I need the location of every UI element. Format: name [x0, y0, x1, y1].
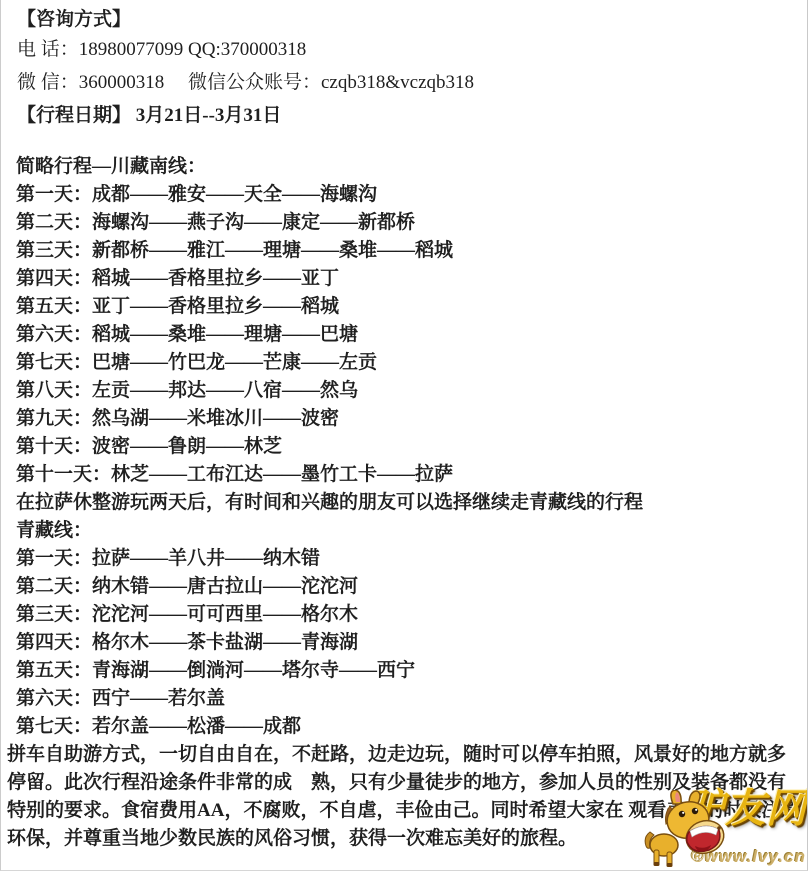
itinerary-section: 简略行程—川藏南线： 第一天：成都——雅安——天全——海螺沟第二天：海螺沟——燕…	[1, 153, 807, 741]
itinerary-day-line: 第六天：西宁——若尔盖	[16, 685, 807, 713]
south-route-day-list: 第一天：成都——雅安——天全——海螺沟第二天：海螺沟——燕子沟——康定——新都桥…	[16, 181, 807, 489]
description-line: 特别的要求。食宿费用AA，不腐败，不自虐，丰俭由己。同时希望大家在 观看美景的时…	[7, 797, 807, 825]
itinerary-day-line: 第二天：海螺沟——燕子沟——康定——新都桥	[16, 209, 807, 237]
itinerary-day-line: 第三天：新都桥——雅江——理塘——桑堆——稻城	[16, 237, 807, 265]
phone-line: 电 话：18980077099 QQ:370000318	[17, 33, 807, 66]
description-line: 环保，并尊重当地少数民族的风俗习惯，获得一次难忘美好的旅程。	[7, 825, 807, 853]
itinerary-day-line: 第九天：然乌湖——米堆冰川——波密	[16, 405, 807, 433]
description-line-list: 拼车自助游方式，一切自由自在，不赶路，边走边玩，随时可以停车拍照，风景好的地方就…	[7, 741, 807, 853]
contact-section-title: 【咨询方式】	[17, 6, 807, 33]
itinerary-day-line: 第五天：亚丁——香格里拉乡——稻城	[16, 293, 807, 321]
trip-date-line: 【行程日期】 3月21日--3月31日	[17, 99, 807, 132]
itinerary-day-line: 第三天：沱沱河——可可西里——格尔木	[16, 601, 807, 629]
contact-section: 【咨询方式】 电 话：18980077099 QQ:370000318 微 信：…	[1, 0, 807, 132]
itinerary-day-line: 第五天：青海湖——倒淌河——塔尔寺——西宁	[16, 657, 807, 685]
document-page: 【咨询方式】 电 话：18980077099 QQ:370000318 微 信：…	[0, 0, 808, 871]
wechat-line: 微 信：360000318 微信公众账号：czqb318&vczqb318	[17, 66, 807, 99]
itinerary-day-line: 第二天：纳木错——唐古拉山——沱沱河	[16, 573, 807, 601]
south-route-title: 简略行程—川藏南线：	[16, 153, 807, 181]
itinerary-day-line: 第四天：稻城——香格里拉乡——亚丁	[16, 265, 807, 293]
itinerary-day-line: 第六天：稻城——桑堆——理塘——巴塘	[16, 321, 807, 349]
itinerary-day-line: 第十一天：林芝——工布江达——墨竹工卡——拉萨	[16, 461, 807, 489]
itinerary-day-line: 第七天：巴塘——竹巴龙——芒康——左贡	[16, 349, 807, 377]
qinghai-route-day-list: 第一天：拉萨——羊八井——纳木错第二天：纳木错——唐古拉山——沱沱河第三天：沱沱…	[16, 545, 807, 741]
itinerary-day-line: 第七天：若尔盖——松潘——成都	[16, 713, 807, 741]
lhasa-rest-note: 在拉萨休整游玩两天后，有时间和兴趣的朋友可以选择继续走青藏线的行程	[16, 489, 807, 517]
description-line: 停留。此次行程沿途条件非常的成 熟，只有少量徒步的地方，参加人员的性别及装备都没…	[7, 769, 807, 797]
itinerary-day-line: 第一天：成都——雅安——天全——海螺沟	[16, 181, 807, 209]
itinerary-day-line: 第四天：格尔木——茶卡盐湖——青海湖	[16, 629, 807, 657]
itinerary-day-line: 第一天：拉萨——羊八井——纳木错	[16, 545, 807, 573]
qinghai-route-title: 青藏线：	[16, 517, 807, 545]
itinerary-day-line: 第十天：波密——鲁朗——林芝	[16, 433, 807, 461]
itinerary-day-line: 第八天：左贡——邦达——八宿——然乌	[16, 377, 807, 405]
trip-description: 拼车自助游方式，一切自由自在，不赶路，边走边玩，随时可以停车拍照，风景好的地方就…	[1, 741, 807, 853]
description-line: 拼车自助游方式，一切自由自在，不赶路，边走边玩，随时可以停车拍照，风景好的地方就…	[7, 741, 807, 769]
